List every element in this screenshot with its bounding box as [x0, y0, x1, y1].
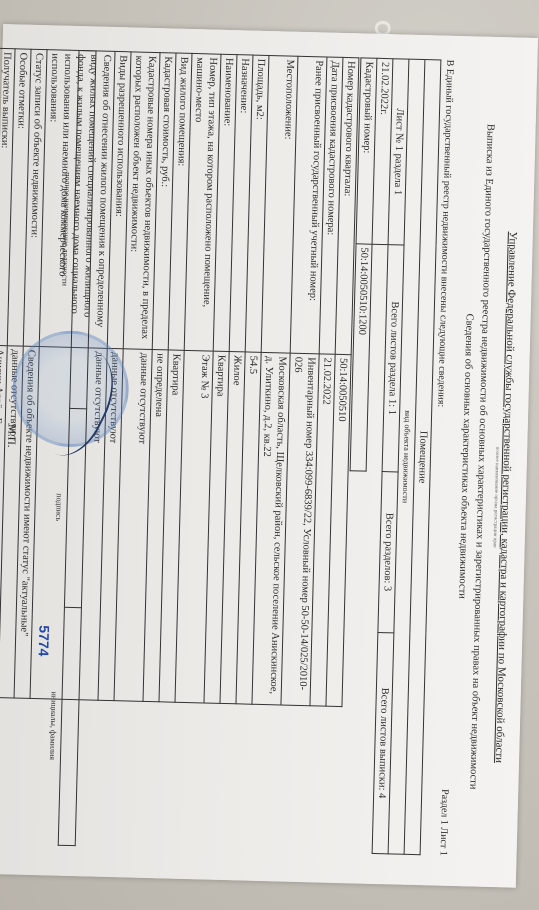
stamp-place-label: М.П.: [5, 424, 18, 448]
section-label: Раздел 1 Лист 1: [438, 789, 451, 856]
document-page: Управление Федеральной службы государств…: [0, 24, 538, 888]
